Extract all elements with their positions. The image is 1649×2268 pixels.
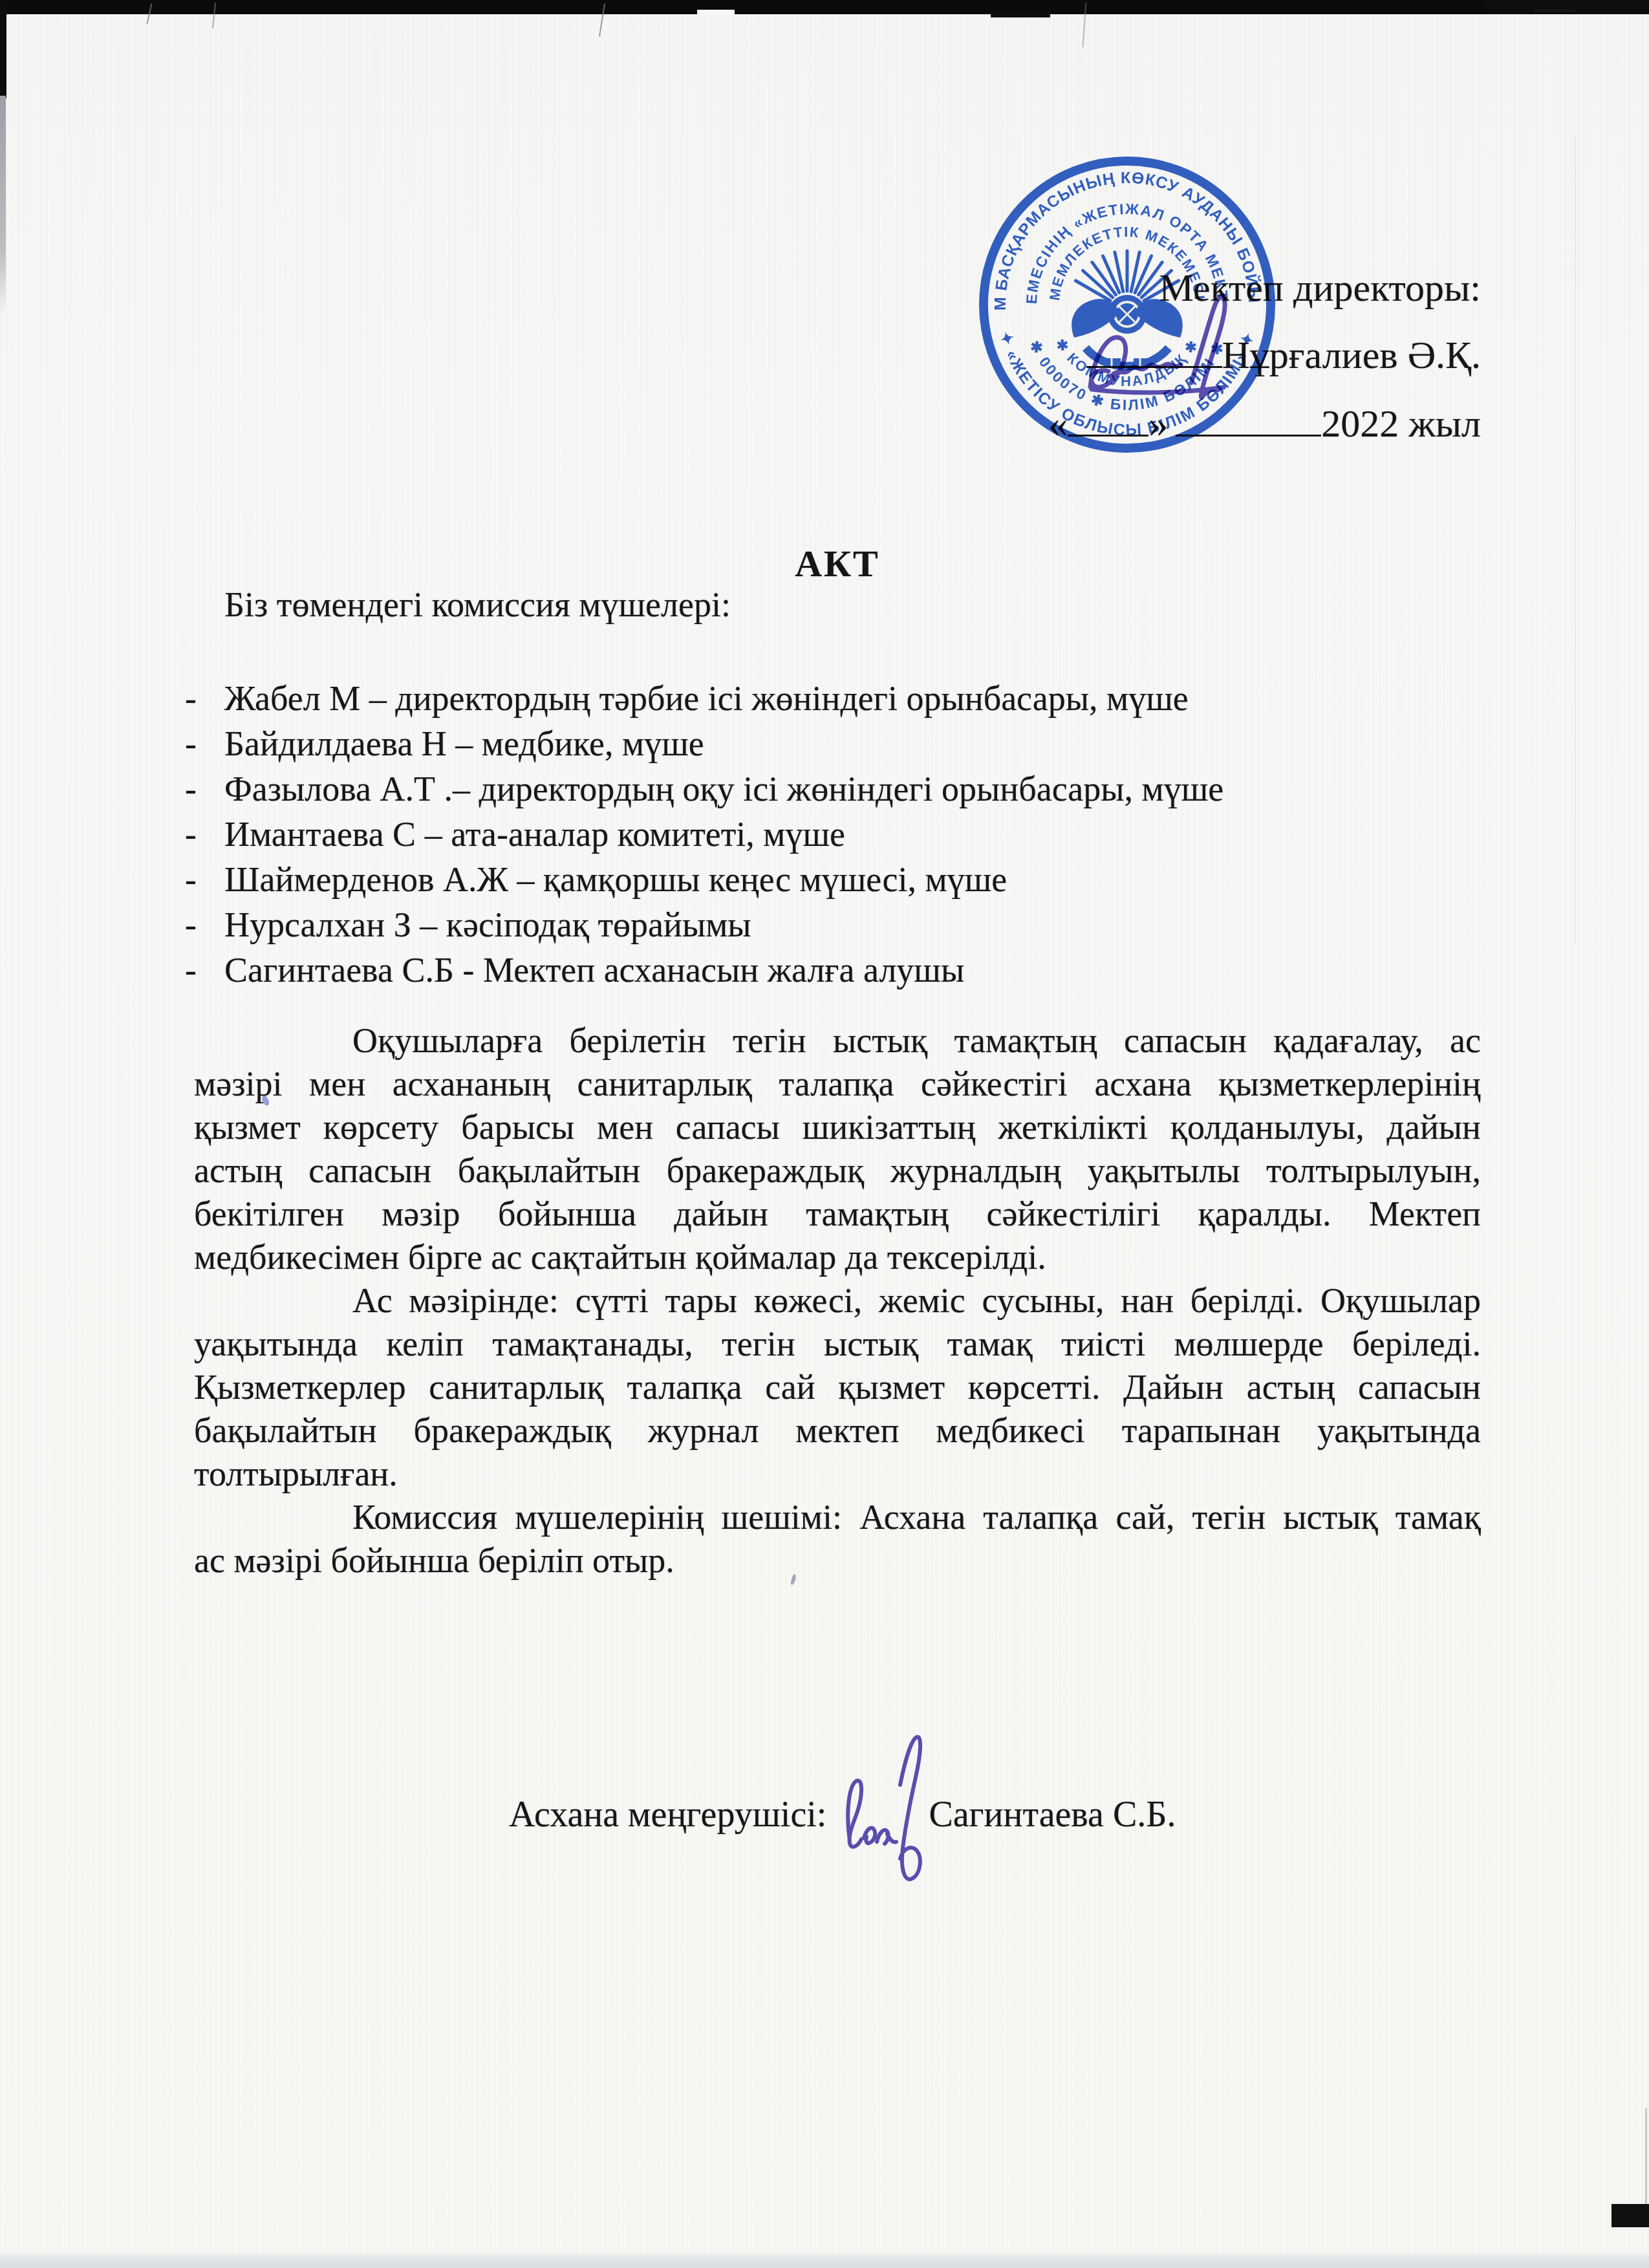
member-text: Имантаева С – ата-аналар комитеті, мүше xyxy=(224,814,845,854)
member-text: Нурсалхан З – кәсіподақ төрайымы xyxy=(224,905,751,945)
member-text: Жабел М – директордың тәрбие ісі жөнінде… xyxy=(224,678,1189,718)
scan-artifact-top-edge-right xyxy=(1487,0,1649,9)
scan-artifact-top-blob xyxy=(1534,9,1575,12)
body-line: мәзірі мен асхананың санитарлық талапқа … xyxy=(194,1063,1481,1106)
body-line: уақытында келіп тамақтанады, тегін ыстық… xyxy=(194,1323,1481,1366)
scan-artifact-top-blob xyxy=(991,14,1050,17)
body-paragraphs: Оқушыларға берілетін тегін ыстық тамақты… xyxy=(194,1019,1481,1582)
member-text: Сагинтаева С.Б - Мектеп асханасын жалға … xyxy=(224,950,964,990)
list-dash: - xyxy=(185,769,224,809)
member-item: -Жабел М – директордың тәрбие ісі жөнінд… xyxy=(185,676,1485,721)
body-line: медбикесімен бірге ас сақтайтын қоймалар… xyxy=(194,1236,1481,1279)
member-text: Шаймерденов А.Ж – қамқоршы кеңес мүшесі,… xyxy=(224,859,1007,900)
scan-artifact-left-shadow xyxy=(0,96,6,316)
list-dash: - xyxy=(185,814,224,854)
body-line: Ас мәзірінде: сүтті тары көжесі, жеміс с… xyxy=(194,1279,1481,1323)
intro-line: Біз төмендегі комиссия мүшелері: xyxy=(224,585,731,625)
member-item: -Нурсалхан З – кәсіподақ төрайымы xyxy=(185,902,1485,947)
member-text: Фазылова А.Т .– директордың оқу ісі жөні… xyxy=(224,769,1223,809)
member-item: -Шаймерденов А.Ж – қамқоршы кеңес мүшесі… xyxy=(185,857,1485,902)
list-dash: - xyxy=(185,859,224,900)
body-line: астың сапасын бақылайтын бракераждық жур… xyxy=(194,1149,1481,1193)
canteen-manager-signature-ink xyxy=(828,1720,944,1895)
director-signature-ink xyxy=(1009,278,1306,446)
body-line: бекітілген мәзір бойынша дайын тамақтың … xyxy=(194,1193,1481,1236)
scan-artifact-top-edge xyxy=(0,0,1649,14)
list-dash: - xyxy=(185,905,224,945)
body-line: Комиссия мүшелерінің шешімі: Асхана тала… xyxy=(194,1496,1481,1539)
scanned-act-document: Мектеп директоры: Нұрғалиев Ә.Қ. «» 2022… xyxy=(0,0,1649,2268)
list-dash: - xyxy=(185,724,224,764)
canteen-manager-label: Асхана меңгерушісі: xyxy=(509,1793,826,1837)
body-line: толтырылған. xyxy=(194,1453,1481,1496)
list-dash: - xyxy=(185,678,224,718)
member-item: -Имантаева С – ата-аналар комитеті, мүше xyxy=(185,812,1485,857)
scan-artifact-top-notch xyxy=(697,10,735,15)
scan-artifact-streak xyxy=(1575,136,1576,944)
scan-artifact-corner-mark xyxy=(1611,2204,1649,2227)
members-list: -Жабел М – директордың тәрбие ісі жөнінд… xyxy=(185,676,1485,993)
page-title: АКТ xyxy=(194,541,1481,587)
member-item: -Фазылова А.Т .– директордың оқу ісі жөн… xyxy=(185,766,1485,812)
member-item: -Сагинтаева С.Б - Мектеп асханасын жалға… xyxy=(185,947,1485,993)
body-line: ас мәзірі бойынша беріліп отыр. xyxy=(194,1539,1481,1582)
body-line: қызмет көрсету барысы мен сапасы шикізат… xyxy=(194,1106,1481,1149)
body-line: Оқушыларға берілетін тегін ыстық тамақты… xyxy=(194,1019,1481,1063)
body-line: бақылайтын бракераждық журнал мектеп мед… xyxy=(194,1409,1481,1453)
member-text: Байдилдаева Н – медбике, мүше xyxy=(224,724,704,764)
body-line: Қызметкерлер санитарлық талапқа сай қызм… xyxy=(194,1366,1481,1409)
canteen-manager-name: Сагинтаева С.Б. xyxy=(929,1793,1176,1837)
scan-artifact-left-edge xyxy=(0,0,6,98)
year-text: 2022 жыл xyxy=(1321,402,1481,445)
list-dash: - xyxy=(185,950,224,990)
scan-artifact-bottom-band xyxy=(0,2252,1649,2268)
member-item: -Байдилдаева Н – медбике, мүше xyxy=(185,721,1485,766)
scan-artifact-streak xyxy=(1645,2108,1647,2218)
